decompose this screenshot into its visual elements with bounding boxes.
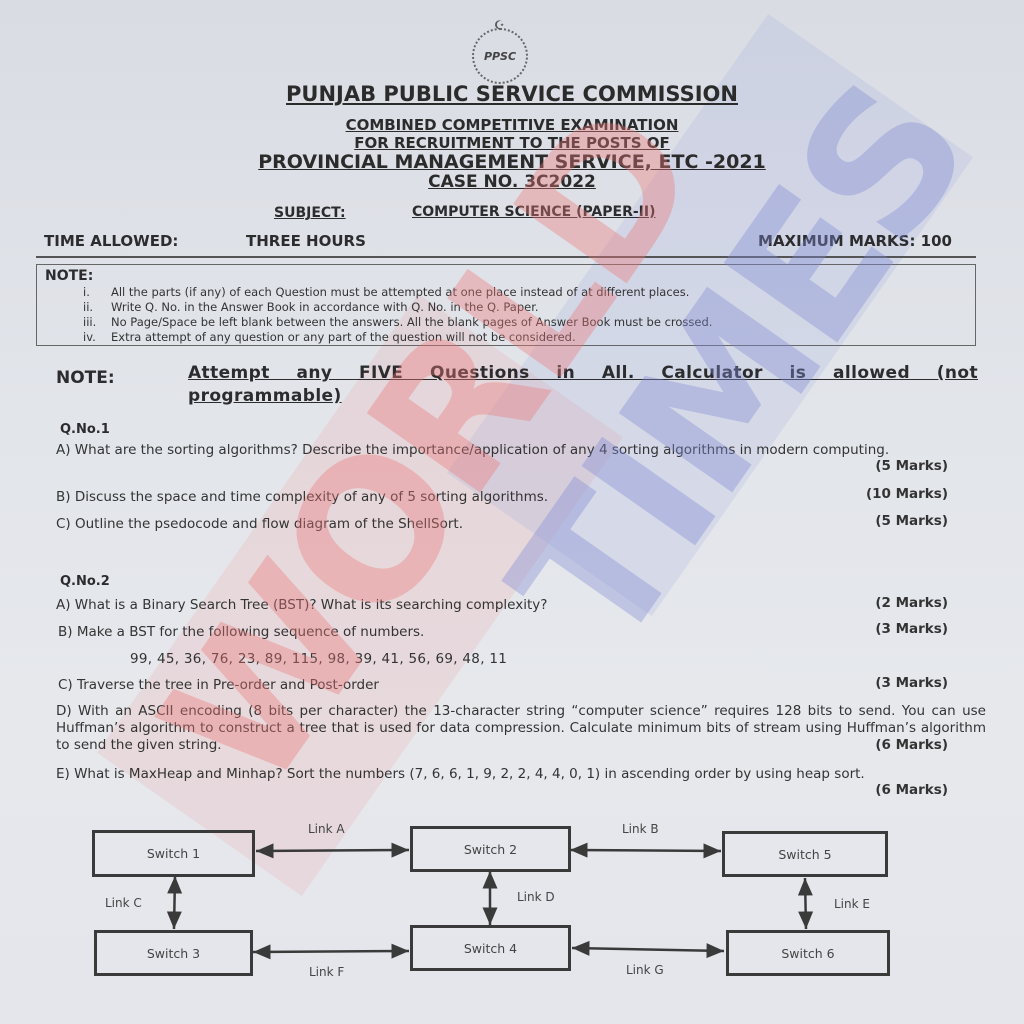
question-2-part-b: B) Make a BST for the following sequence… <box>58 624 982 641</box>
question-2-part-a-marks: (2 Marks) <box>875 595 948 611</box>
link-f-label: Link F <box>309 965 344 979</box>
link-a-label: Link A <box>308 822 345 836</box>
link-g-label: Link G <box>626 963 664 977</box>
question-2-part-e-marks: (6 Marks) <box>875 782 948 798</box>
exam-title-line1: COMBINED COMPETITIVE EXAMINATION <box>0 116 1024 134</box>
exam-title-line3: PROVINCIAL MANAGEMENT SERVICE, ETC -2021 <box>0 151 1024 173</box>
subject-label: SUBJECT: <box>274 205 346 221</box>
instruction-text: Attempt any FIVE Questions in All. Calcu… <box>188 362 978 408</box>
link-c-label: Link C <box>105 896 142 910</box>
note-item-text: All the parts (if any) of each Question … <box>111 285 689 300</box>
link-e-label: Link E <box>834 897 870 911</box>
note-item-number: iii. <box>83 315 111 330</box>
note-item-text: No Page/Space be left blank between the … <box>111 315 712 330</box>
time-allowed-value: THREE HOURS <box>246 232 366 250</box>
question-1-part-c-marks: (5 Marks) <box>875 513 948 529</box>
question-1-heading: Q.No.1 <box>60 422 110 437</box>
question-2-heading: Q.No.2 <box>60 574 110 589</box>
question-2-part-b-marks: (3 Marks) <box>875 621 948 637</box>
exam-paper: ☪ PPSC PUNJAB PUBLIC SERVICE COMMISSION … <box>0 0 1024 1024</box>
note-box: NOTE: i. All the parts (if any) of each … <box>36 264 976 346</box>
switch-5-node: Switch 5 <box>722 831 888 877</box>
logo-text: PPSC <box>484 50 516 63</box>
question-2-part-e: E) What is MaxHeap and Minhap? Sort the … <box>56 766 988 783</box>
question-1-part-b-marks: (10 Marks) <box>866 486 948 502</box>
question-1-part-c: C) Outline the psedocode and flow diagra… <box>56 516 980 533</box>
organization-title: PUNJAB PUBLIC SERVICE COMMISSION <box>0 82 1024 106</box>
bst-number-sequence: 99, 45, 36, 76, 23, 89, 115, 98, 39, 41,… <box>130 651 507 667</box>
note-item-text: Write Q. No. in the Answer Book in accor… <box>111 300 539 315</box>
question-1-part-a-marks: (5 Marks) <box>875 458 948 474</box>
note-item: iii. No Page/Space be left blank between… <box>83 315 712 330</box>
note-item: i. All the parts (if any) of each Questi… <box>83 285 712 300</box>
question-1-part-a: A) What are the sorting algorithms? Desc… <box>56 442 976 459</box>
note-item-number: i. <box>83 285 111 300</box>
link-b-label: Link B <box>622 822 659 836</box>
question-1-part-b: B) Discuss the space and time complexity… <box>56 489 980 506</box>
maximum-marks: MAXIMUM MARKS: 100 <box>758 232 952 250</box>
switch-1-node: Switch 1 <box>92 830 255 877</box>
question-2-part-d-marks: (6 Marks) <box>875 737 948 753</box>
note-item: iv. Extra attempt of any question or any… <box>83 330 712 345</box>
note-item: ii. Write Q. No. in the Answer Book in a… <box>83 300 712 315</box>
switch-6-node: Switch 6 <box>726 930 890 976</box>
crescent-icon: ☪ <box>494 18 505 32</box>
question-2-part-c-marks: (3 Marks) <box>875 675 948 691</box>
question-2-part-a: A) What is a Binary Search Tree (BST)? W… <box>56 597 980 614</box>
note-item-number: iv. <box>83 330 111 345</box>
divider <box>36 256 976 258</box>
link-d-label: Link D <box>517 890 555 904</box>
note-list: i. All the parts (if any) of each Questi… <box>83 285 712 345</box>
exam-title-line2: FOR RECRUITMENT TO THE POSTS OF <box>0 134 1024 152</box>
switch-4-node: Switch 4 <box>410 925 571 971</box>
question-2-part-c: C) Traverse the tree in Pre-order and Po… <box>58 677 982 694</box>
instruction-label: NOTE: <box>56 368 115 388</box>
note-item-number: ii. <box>83 300 111 315</box>
note-item-text: Extra attempt of any question or any par… <box>111 330 576 345</box>
question-2-part-d: D) With an ASCII encoding (8 bits per ch… <box>56 703 986 754</box>
subject-value: COMPUTER SCIENCE (PAPER-II) <box>412 204 656 220</box>
case-number: CASE NO. 3C2022 <box>0 172 1024 192</box>
time-allowed-label: TIME ALLOWED: <box>44 232 178 250</box>
ppsc-logo-icon: ☪ PPSC <box>472 28 528 84</box>
note-title: NOTE: <box>45 268 93 284</box>
switch-3-node: Switch 3 <box>94 930 253 976</box>
switch-2-node: Switch 2 <box>410 826 571 872</box>
